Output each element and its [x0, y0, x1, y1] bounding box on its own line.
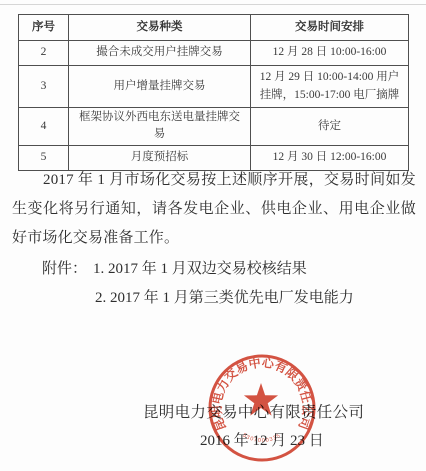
- table-row: 3 用户增量挂牌交易 12 月 29 日 10:00-14:00 用户挂牌，15…: [19, 66, 409, 108]
- document-date: 2016 年 12 月 23 日: [200, 429, 324, 450]
- attachments-line-1: 附件： 1. 2017 年 1 月双边交易校核结果: [42, 257, 307, 278]
- cell-time: 12 月 29 日 10:00-14:00 用户挂牌，15:00-17:00 电…: [251, 66, 409, 108]
- header-time: 交易时间安排: [251, 15, 409, 41]
- header-type: 交易种类: [69, 15, 251, 41]
- cell-no: 4: [19, 108, 69, 146]
- cell-type: 撮合未成交用户挂牌交易: [69, 41, 251, 66]
- cell-time: 12 月 28 日 10:00-16:00: [251, 41, 409, 66]
- attachment-item-2: 2. 2017 年 1 月第三类优先电厂发电能力: [95, 286, 354, 307]
- table-row: 4 框架协议外西电东送电量挂牌交易 待定: [19, 108, 409, 146]
- document-page: 序号 交易种类 交易时间安排 2 撮合未成交用户挂牌交易 12 月 28 日 1…: [0, 0, 426, 471]
- trading-schedule-table: 序号 交易种类 交易时间安排 2 撮合未成交用户挂牌交易 12 月 28 日 1…: [18, 14, 409, 171]
- top-divider: [0, 4, 426, 5]
- body-paragraph: 2017 年 1 月市场化交易按上述顺序开展，交易时间如发生变化将另行通知，请各…: [12, 166, 416, 253]
- cell-time: 待定: [251, 108, 409, 146]
- cell-type: 用户增量挂牌交易: [69, 66, 251, 108]
- organization-name: 昆明电力交易中心有限责任公司: [143, 400, 364, 422]
- table-row: 2 撮合未成交用户挂牌交易 12 月 28 日 10:00-16:00: [19, 41, 409, 66]
- attachment-item-1: 1. 2017 年 1 月双边交易校核结果: [93, 257, 307, 278]
- table-header-row: 序号 交易种类 交易时间安排: [19, 15, 409, 41]
- attachments-label: 附件：: [42, 257, 87, 278]
- cell-no: 2: [19, 41, 69, 66]
- cell-type: 框架协议外西电东送电量挂牌交易: [69, 108, 251, 146]
- header-no: 序号: [19, 15, 69, 41]
- cell-no: 3: [19, 66, 69, 108]
